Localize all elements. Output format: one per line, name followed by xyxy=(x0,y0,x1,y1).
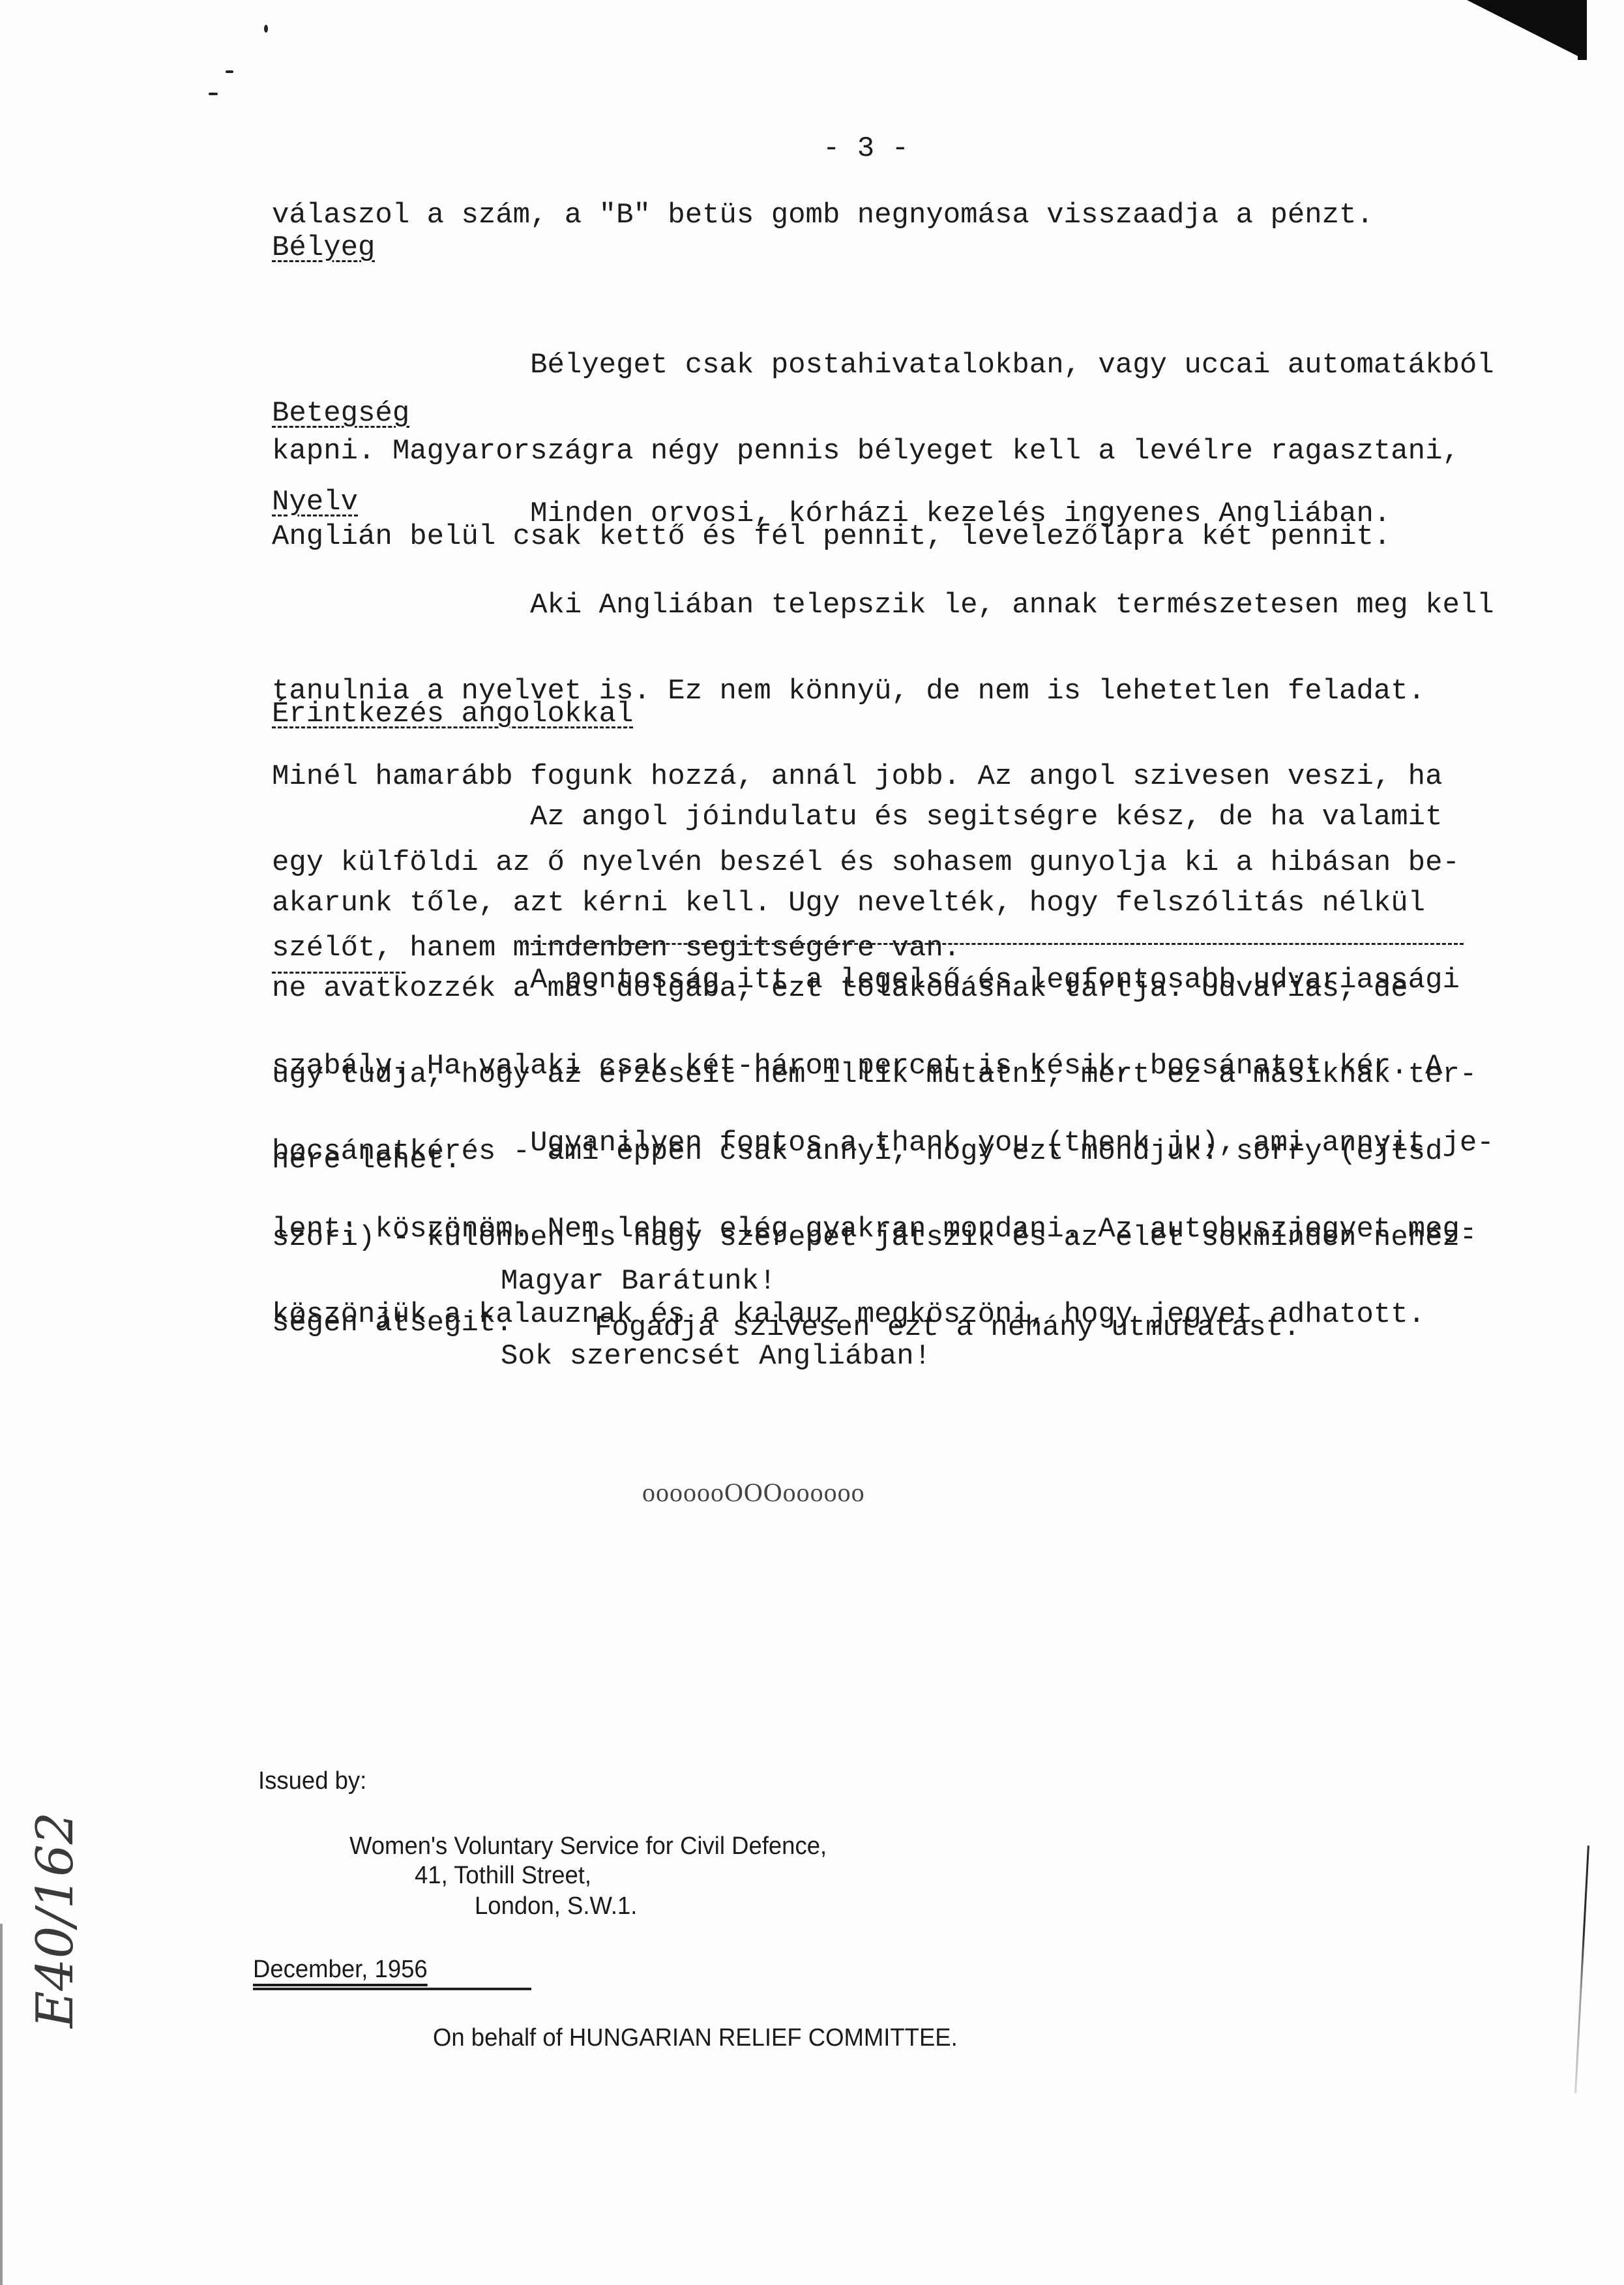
scan-speck xyxy=(264,25,268,33)
page-number: - 3 - xyxy=(823,134,909,163)
paragraph-line: Bélyeget csak postahivatalokban, vagy uc… xyxy=(272,351,1494,380)
paragraph-line: Aki Angliában telepszik le, annak termés… xyxy=(272,591,1494,620)
closing-line-2: Sok szerencsét Angliában! xyxy=(501,1342,931,1371)
ornament-divider: ooooooOOOoooooo xyxy=(642,1477,865,1508)
continuation-line: válaszol a szám, a "B" betüs gomb negnyo… xyxy=(272,201,1374,230)
closing-salutation: Magyar Barátunk! xyxy=(501,1267,776,1296)
document-page: - 3 - válaszol a szám, a "B" betüs gomb … xyxy=(0,0,1624,2285)
issuer-address-line-1: 41, Tothill Street, xyxy=(415,1860,591,1890)
section-heading-erintkezes: Érintkezés angolokkal xyxy=(272,700,634,728)
issued-by-label: Issued by: xyxy=(258,1766,366,1796)
date-underline xyxy=(253,1988,531,1990)
paragraph-line: lent: köszönöm. Nem lehet elég gyakran m… xyxy=(272,1215,1494,1244)
scan-edge-mark xyxy=(1574,1845,1589,2093)
section-heading-betegseg: Betegség xyxy=(272,399,409,428)
paragraph-line: Minden orvosi, kórházi kezelés ingyenes … xyxy=(272,500,1391,528)
scan-corner-mark xyxy=(1467,0,1586,60)
section-heading-belyeg: Bélyeg xyxy=(272,233,375,262)
handwritten-annotation: E40/162 xyxy=(26,1812,85,2028)
section-heading-nyelv: Nyelv xyxy=(272,488,358,516)
closing-line-1: Fogadja szivesen ezt a néhány utmutatást… xyxy=(595,1313,1301,1342)
scan-left-edge xyxy=(0,1924,3,2285)
issue-date: December, 1956 xyxy=(253,1954,428,1984)
emphasis-underline xyxy=(525,943,1464,945)
paragraph-line: Az angol jóindulatu és segitségre kész, … xyxy=(272,803,1477,831)
scan-speck xyxy=(209,93,218,95)
paragraph-line: Ugyanilyen fontos a thank you (thenk ju)… xyxy=(272,1129,1494,1157)
on-behalf-line: On behalf of HUNGARIAN RELIEF COMMITTEE. xyxy=(433,2023,958,2053)
issuer-address-line-2: London, S.W.1. xyxy=(475,1891,637,1921)
emphasis-underline xyxy=(272,972,406,974)
scan-speck xyxy=(226,70,233,73)
scan-corner-mark-edge xyxy=(1578,0,1587,60)
issuer-organization: Women's Voluntary Service for Civil Defe… xyxy=(349,1831,827,1861)
paragraph-line: A pontosság itt a legelső és legfontosab… xyxy=(272,966,1477,994)
